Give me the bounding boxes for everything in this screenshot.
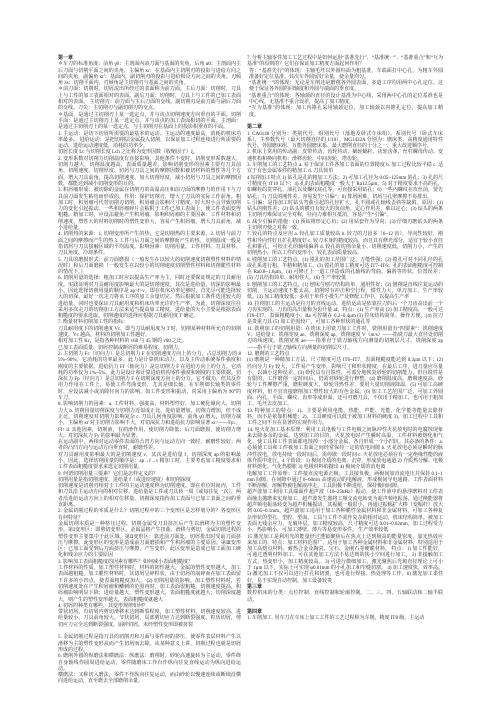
paragraph: 6. 切削用量的选择：粗加工时应以提高生产率为主，同时还要保证规定的刀具耐用度。…	[58, 276, 241, 320]
paragraph: 4. 切削热的来源：1. 切削变形所产生的热，它是切削热的主要来源。2. 切屑与…	[58, 232, 241, 257]
paragraph: ＊车刀的标准角度：前角 γ0：主剖面内前刀面与基面的夹角，后角 α0：主剖面内主…	[58, 62, 241, 87]
paragraph: 13. 特种加工的特点：1)、主要是利用电能、热能、声能、光能、化学能等能量去除…	[247, 409, 443, 428]
paragraph: 3. 主运动：是切下切屑所需要的最基本的运动。主运动的速度最高，消耗的机床功率最…	[58, 132, 241, 151]
paragraph: 8. 影响切削力的因素：a. 工件材料、强度高、材料塑性好、加工硬化倾向大，切削…	[58, 402, 241, 440]
paragraph: 2. 机床上常用的传动副：皮带传动、齿轮传动、蜗轮蜗杆、齿轮齿条、丝杠螺母传动。…	[247, 150, 443, 163]
paragraph: 1. CA6140 分别为：类别代号、组别代号（落地及卧式车床组）、系别代号（卧…	[247, 132, 443, 151]
paragraph: 5. 金属切削过程是指刀具的切削刃和刀面与零件间的挤压，使零件表层材料产生以滑移…	[58, 635, 241, 654]
paragraph: 在运动副中，两相对运动零件表面的凸凹方向与运动方向一致时，耐磨性较好；两者的凸凹…	[58, 440, 241, 453]
paragraph: “基准统一”的体现：无论是车削还是磨削各外圆表面，多道工序均用两中心孔定位。这便…	[247, 81, 443, 94]
paragraph: 7. 分析主轴零件加工工艺过程中是如何运用“基准先行”、“基准统一”、“基准重合…	[247, 56, 443, 69]
paragraph: 1. 车削加工. 用车刀在车床上加工工件的工艺过程称为车削。精度 IT8 级。主…	[247, 616, 443, 622]
paragraph: (1) 磨削是一种精加工方法，尺寸精度可达 IT6~IT7，表面粗糙度能达到 0…	[247, 358, 443, 408]
text-column-left: 第一章＊车刀的标准角度：前角 γ0：主剖面内前刀面与基面的夹角，后角 α0：主剖…	[58, 56, 241, 686]
paragraph: 带状切屑，有切屑内剪切滑移未达到断裂程度，加工塑性材料，切削速度较高、进给量较小…	[58, 610, 241, 629]
paragraph: 工件材料的性质。加工塑性材料时，材料的韧性越大，金属的塑性变形越大，加工表面越粗…	[58, 566, 241, 604]
paragraph: 2. 主切削力 Fc（切向力）是总切削力 F 在切削速度方向上的分力，占总切削力…	[58, 352, 241, 402]
paragraph: 2. 变形系数对切削力切削温度有直接影响，其他条件不变时，切削变形系数越大，切削…	[58, 157, 241, 188]
paragraph: 金属切削本质是一种挤压过程。切削金属受刀具挤压后产生以滑移为主的塑性变形。第Ⅰ变…	[58, 522, 241, 560]
paragraph: 答：“基准先行”的体现：主轴毛坯以外圆柱面为粗基准，车端面打中心孔，为粗车外圆准…	[247, 69, 443, 82]
paragraph: 4 钻削加工特点 1) 钻孔是孔的粗加工方法；2) 可加工孔径为 0.05~12…	[247, 176, 443, 201]
paragraph: “基准重合”的体现：各轴颈的直径的设计基准为中心线，采用两中心孔的定位基准也是中…	[247, 94, 443, 107]
paragraph: ＊前刀面：切削时，切屑流出所经过的表面称为前刀面。主后刀面：切削时，刀具上与工件…	[58, 87, 241, 112]
paragraph: 2. 金属切削过程的本质是什么？切削过程中的三个变形区是怎样划分的？各变形区有何…	[58, 509, 241, 522]
paragraph: 数控机床的分类：点位控制、直线控制和轮廓控制。二、三、四、五轴联动和二轴半联动。	[247, 591, 443, 604]
paragraph: 10. 拉削加工的主运动是拉刀的直线运动。进给运动是依靠拉刀的后一个刀齿高出前一…	[247, 302, 443, 327]
paragraph: 8. 镗削加工的工艺特点。(1) 镗孔的加工范围广泛，万能性强；(2) 镗孔可对…	[247, 258, 443, 283]
paragraph: 横磨法：又称切入磨法，零件不作纵向往复运动，而由砂轮以慢速连续或断续沿横向进给运…	[58, 673, 241, 686]
paragraph: 7. 铰孔的特点及应用 a. 铰孔加工质量较高 b. 铰刀的刀齿多（6~12 齿…	[247, 232, 443, 257]
paragraph: 15 激光加工是利用光的能量经过透镜聚焦后在焦点上达到极高的能量密度，靠光热效应…	[247, 535, 443, 585]
paragraph: 5. 引偏：是指加工时钻头弯曲引起的孔径扩大，孔不圆或孔轴线歪斜等缺陷。原因：(…	[247, 201, 443, 220]
paragraph: 9. 刨削加工的工艺特点。(1) 刨床与刨刀结构简单、通用性好；(2) 刨削是直…	[247, 283, 443, 302]
paragraph: 5. 刀具的磨损形式：前刀面磨损（一般发生在以较大的切削速度切削塑性材料的情况时…	[58, 258, 241, 277]
paragraph: 6. 磨削外圆的纵磨法和横磨法：纵磨法：磨削时，砂轮高速旋转为主运动，零件绕自身…	[58, 654, 241, 673]
paragraph: 切削速度是切削刃相对于工件的主运动速度称为切削速度。即在单位时间内，工件和刀具沿…	[58, 484, 241, 509]
text-column-right: 7. 分析主轴零件加工工艺过程中是如何运用“基准先行”、“基准统一”、“基准重合…	[247, 56, 443, 623]
paragraph: 刀具耐用度下的切削速度 Vc。即当刀具耐用度为 T 时，切削某种材料所允许的切削…	[58, 327, 241, 340]
paragraph: 对刀具耐用度影响最大的是切削速度 v，其次是进给量 f，切削深度 ap 的影响最…	[58, 453, 241, 472]
paragraph: ＊基面，是通过主切削刃上某一选定点，并与该点切削速度方向垂直的平面。切削平面：是…	[58, 113, 241, 132]
paragraph: 14. 电火花加工基本原理：利用工具电极与工件电极之间脉冲性火花放电时的电腐蚀现…	[247, 428, 443, 472]
paragraph: 6. 减少引偏的措施：(1) 预钻锥形定心坑；(2) 用钻套作为导向；(3) 仔…	[247, 220, 443, 233]
document-page: 第一章＊车刀的标准角度：前角 γ0：主剖面内前刀面与基面的夹角，后角 α0：主剖…	[0, 0, 496, 702]
paragraph: 3. 车削加工的工艺特点 a. 易于保证工件各加工表面的位置精度 b. 加工过程…	[247, 163, 443, 176]
paragraph: 11. 铣削加工的切削用量：在铣床上用铣刀加工工件时，铣削用量有“四要素”：铣削…	[247, 327, 443, 352]
paragraph: 电解加工工作原理：工件接直流电源正极，工具接负极，两极间加直流电压并保持 0.1…	[247, 472, 443, 491]
paragraph: 超声波加工利用工具端面作超声波（16~25kHz）振动，使工作液中的悬浮磨料对工…	[247, 490, 443, 534]
paragraph: “互为基准”的体现：加工内锥孔采用轴颈定位，加工轴颈以内锥孔定位，提高加工精度。	[247, 106, 443, 119]
paragraph: 3. 积屑瘤形成：被切除的金属在切削刃的高温高压和前刀面的摩擦力的作用下与刀具前…	[58, 188, 241, 232]
